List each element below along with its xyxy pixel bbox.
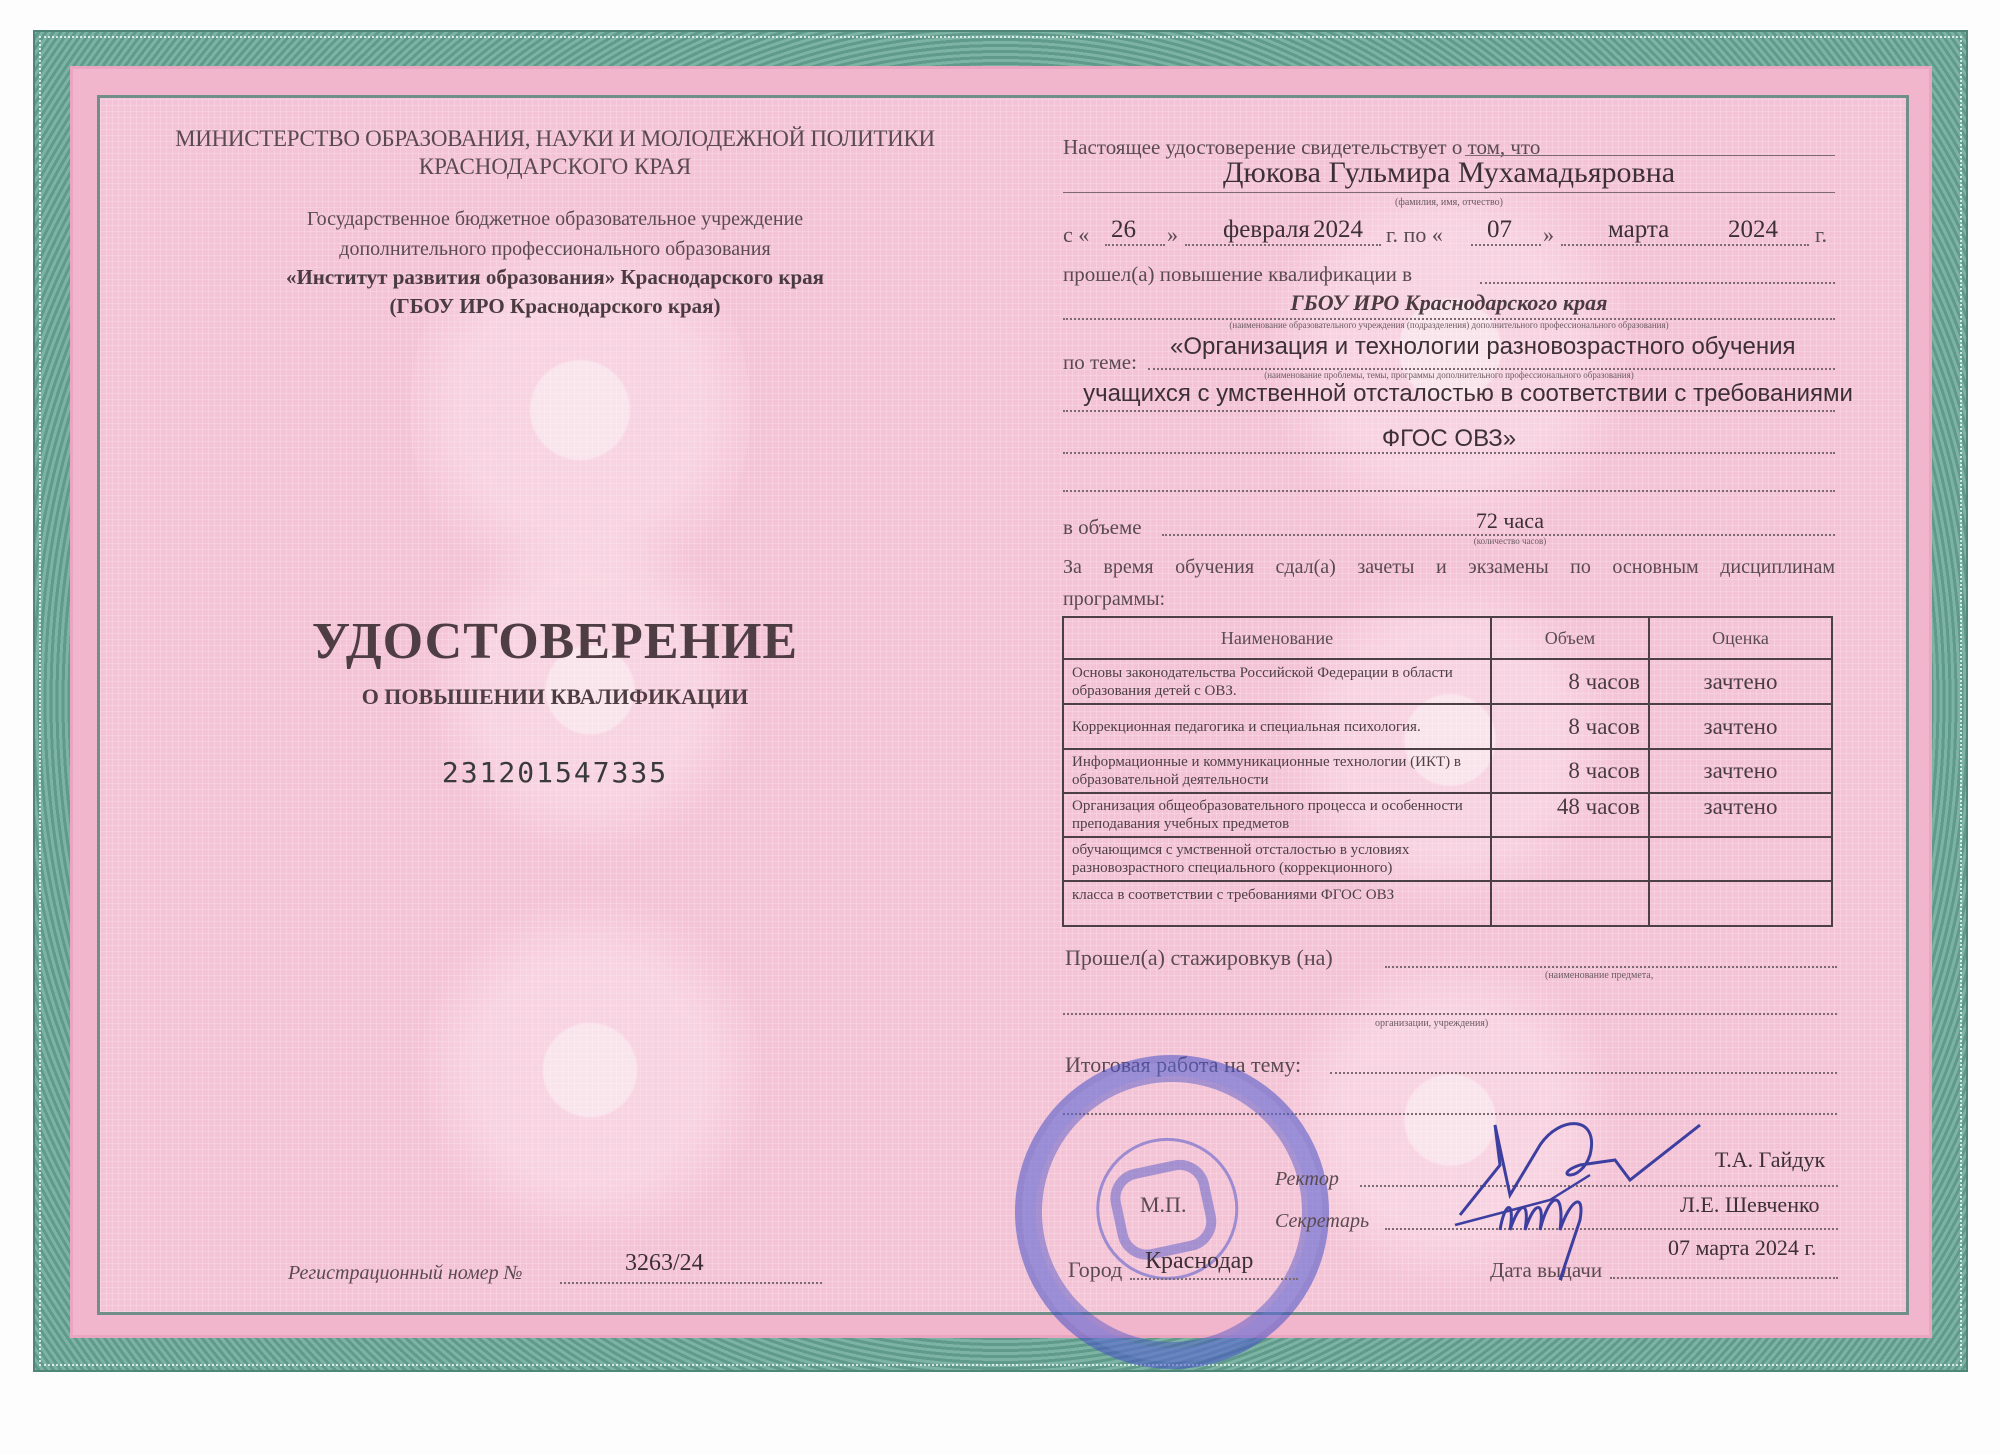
table-row: Коррекционная педагогика и специальная п… bbox=[1063, 704, 1832, 749]
period-from-day: 26 bbox=[1111, 216, 1136, 244]
watermark-rosette bbox=[420, 880, 760, 1260]
reg-number-underline bbox=[560, 1282, 822, 1284]
subjects-table: Наименование Объем Оценка Основы законод… bbox=[1062, 616, 1833, 927]
topic-caption: (наименование проблемы, темы, программы … bbox=[1063, 370, 1835, 380]
subject-name: Основы законодательства Российской Федер… bbox=[1063, 659, 1491, 704]
secretary-label: Секретарь bbox=[1275, 1210, 1369, 1233]
volume-label: в объеме bbox=[1063, 515, 1142, 540]
subject-grade: зачтено bbox=[1649, 793, 1832, 837]
rector-name: Т.А. Гайдук bbox=[1715, 1147, 1825, 1173]
subject-name: Организация общеобразовательного процесс… bbox=[1063, 793, 1491, 837]
topic-line-2: учащихся с умственной отсталостью в соот… bbox=[1063, 380, 1873, 408]
internship-caption-1: (наименование предмета, bbox=[1545, 970, 1653, 981]
topic-line-3: ФГОС ОВЗ» bbox=[1063, 425, 1835, 453]
topic-line-1: «Организация и технологии разновозрастно… bbox=[1170, 333, 1796, 361]
institution-name: ГБОУ ИРО Краснодарского края bbox=[1063, 290, 1835, 316]
final-work-underline-1 bbox=[1330, 1072, 1837, 1074]
subject-grade: зачтено bbox=[1649, 704, 1832, 749]
city-label: Город bbox=[1068, 1257, 1122, 1283]
subject-grade: зачтено bbox=[1649, 659, 1832, 704]
period-to-month: марта bbox=[1608, 216, 1669, 244]
subject-grade bbox=[1649, 837, 1832, 881]
full-name-underline bbox=[1063, 192, 1835, 193]
subject-volume: 48 часов bbox=[1491, 793, 1649, 837]
table-row: Организация общеобразовательного процесс… bbox=[1063, 793, 1832, 837]
exams-line-1: За время обучения сдал(а) зачеты и экзам… bbox=[1063, 556, 1835, 579]
institution-line-2: дополнительного профессионального образо… bbox=[120, 238, 990, 261]
institution-caption: (наименование образовательного учреждени… bbox=[1063, 320, 1835, 330]
internship-label: Прошел(а) стажировкув (на) bbox=[1065, 945, 1333, 971]
period-to-year: 2024 bbox=[1728, 216, 1778, 244]
table-row: обучающимся с умственной отсталостью в у… bbox=[1063, 837, 1832, 881]
table-header-row: Наименование Объем Оценка bbox=[1063, 617, 1832, 659]
internship-underline-1 bbox=[1385, 966, 1837, 968]
internship-underline-2 bbox=[1063, 1013, 1837, 1015]
rector-label: Ректор bbox=[1275, 1168, 1339, 1191]
period-to-day: 07 bbox=[1487, 216, 1512, 244]
full-name-caption: (фамилия, имя, отчество) bbox=[1063, 197, 1835, 208]
volume-value: 72 часа bbox=[1400, 508, 1620, 534]
period-from-year: 2024 bbox=[1313, 216, 1363, 244]
topic-underline-2 bbox=[1063, 410, 1835, 412]
passed-underline bbox=[1480, 282, 1835, 284]
period-from-month: февраля bbox=[1223, 216, 1310, 244]
table-row: Информационные и коммуникационные технол… bbox=[1063, 749, 1832, 793]
exams-line-2: программы: bbox=[1063, 588, 1165, 611]
full-name: Дюкова Гульмира Мухамадьяровна bbox=[1063, 156, 1835, 190]
col-header-volume: Объем bbox=[1491, 617, 1649, 659]
table-row: Основы законодательства Российской Федер… bbox=[1063, 659, 1832, 704]
ministry-line-1: МИНИСТЕРСТВО ОБРАЗОВАНИЯ, НАУКИ И МОЛОДЕ… bbox=[120, 126, 990, 152]
passed-label: прошел(а) повышение квалификации в bbox=[1063, 262, 1412, 287]
institution-line-3: «Институт развития образования» Краснода… bbox=[120, 265, 990, 290]
table-row: класса в соответствии с требованиями ФГО… bbox=[1063, 881, 1832, 926]
subject-name: Информационные и коммуникационные технол… bbox=[1063, 749, 1491, 793]
col-header-grade: Оценка bbox=[1649, 617, 1832, 659]
subject-volume: 8 часов bbox=[1491, 659, 1649, 704]
reg-number-label: Регистрационный номер № bbox=[288, 1262, 523, 1285]
certificate-subtitle: О ПОВЫШЕНИИ КВАЛИФИКАЦИИ bbox=[200, 684, 910, 710]
study-period: с « 26 » февраля 2024 г. по « 07 » марта… bbox=[1063, 216, 1843, 250]
topic-underline-3 bbox=[1063, 452, 1835, 454]
serial-number: 231201547335 bbox=[200, 756, 910, 789]
topic-underline-4 bbox=[1063, 490, 1835, 492]
reg-number-value: 3263/24 bbox=[625, 1250, 704, 1277]
certificate-title: УДОСТОВЕРЕНИЕ bbox=[200, 612, 910, 671]
subject-volume: 8 часов bbox=[1491, 704, 1649, 749]
subject-name: Коррекционная педагогика и специальная п… bbox=[1063, 704, 1491, 749]
internship-caption-2: организации, учреждения) bbox=[1375, 1018, 1488, 1029]
volume-caption: (количество часов) bbox=[1400, 536, 1620, 546]
period-to-prefix: г. по « bbox=[1386, 222, 1443, 248]
period-from-prefix: с « bbox=[1063, 222, 1089, 248]
subject-volume bbox=[1491, 837, 1649, 881]
city-value: Краснодар bbox=[1145, 1248, 1253, 1275]
city-underline bbox=[1130, 1278, 1298, 1280]
subject-grade: зачтено bbox=[1649, 749, 1832, 793]
col-header-name: Наименование bbox=[1063, 617, 1491, 659]
institution-line-1: Государственное бюджетное образовательно… bbox=[120, 208, 990, 231]
subject-volume: 8 часов bbox=[1491, 749, 1649, 793]
quote-close: » bbox=[1167, 222, 1178, 248]
seal-label: М.П. bbox=[1140, 1192, 1186, 1218]
quote-close: » bbox=[1543, 222, 1554, 248]
subject-name: обучающимся с умственной отсталостью в у… bbox=[1063, 837, 1491, 881]
ministry-line-2: КРАСНОДАРСКОГО КРАЯ bbox=[120, 154, 990, 180]
secretary-signature-icon bbox=[1490, 1170, 1630, 1290]
subject-grade bbox=[1649, 881, 1832, 926]
subject-name: класса в соответствии с требованиями ФГО… bbox=[1063, 881, 1491, 926]
period-suffix: г. bbox=[1815, 222, 1827, 248]
institution-line-4: (ГБОУ ИРО Краснодарского края) bbox=[120, 294, 990, 319]
subject-volume bbox=[1491, 881, 1649, 926]
